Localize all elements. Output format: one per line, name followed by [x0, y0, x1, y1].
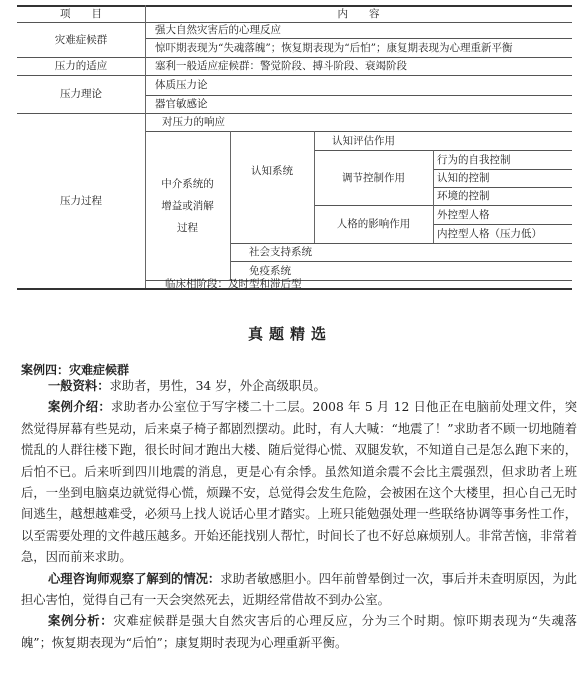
- case-intro-text: 求助者办公室位于写字楼二十二层。2008 年 5 月 12 日他正在电脑前处理文…: [21, 400, 577, 564]
- general-info-text: 求助者，男性，34 岁，外企高级职员。: [110, 379, 326, 393]
- regulation-item: 行为的自我控制: [437, 150, 511, 169]
- adaptation-item: 塞利一般适应症候群：警觉阶段、搏斗阶段、衰竭阶段: [155, 57, 407, 75]
- personality-item: 外控型人格: [437, 205, 490, 224]
- disaster-item: 强大自然灾害后的心理反应: [155, 22, 281, 38]
- theory-item: 器官敏感论: [155, 95, 208, 113]
- section-title: 真题精选: [0, 323, 580, 344]
- general-info-paragraph: 一般资料：求助者，男性，34 岁，外企高级职员。: [21, 376, 577, 397]
- mediating-label-line: 过程: [177, 217, 198, 239]
- case-intro-label: 案例介绍：: [48, 400, 111, 414]
- table-divider: [145, 95, 572, 96]
- case-body: 一般资料：求助者，男性，34 岁，外企高级职员。 案例介绍：求助者办公室位于写字…: [21, 376, 577, 654]
- row-label-theory: 压力理论: [17, 75, 145, 113]
- cognitive-appraisal: 认知评估作用: [332, 131, 395, 150]
- header-item: 项 目: [17, 5, 145, 22]
- theory-item: 体质压力论: [155, 75, 208, 95]
- process-response: 对压力的响应: [162, 113, 225, 131]
- header-content: 内 容: [145, 5, 572, 22]
- observation-label: 心理咨询师观察了解到的情况：: [48, 572, 220, 586]
- general-info-label: 一般资料：: [48, 379, 110, 393]
- mediating-label-line: 中介系统的: [161, 173, 214, 195]
- personality-label: 人格的影响作用: [314, 205, 433, 243]
- mediating-process-label: 中介系统的 增益或消解 过程: [145, 131, 230, 280]
- mediating-label-line: 增益或消解: [161, 195, 214, 217]
- disaster-item: 惊吓期表现为“失魂落魄”；恢复期表现为“后怕”；康复期表现为心理重新平衡: [155, 38, 512, 57]
- clinical-phase: 临床相阶段：及时型和滞后型: [165, 280, 302, 288]
- observation-paragraph: 心理咨询师观察了解到的情况：求助者敏感胆小。四年前曾晕倒过一次，事后并未查明原因…: [21, 569, 577, 612]
- regulation-item: 环境的控制: [437, 187, 490, 205]
- personality-item: 内控型人格（压力低）: [437, 224, 542, 243]
- row-label-adaptation: 压力的适应: [17, 57, 145, 75]
- analysis-label: 案例分析：: [48, 614, 113, 628]
- summary-table: 项 目 内 容 灾难症候群 强大自然灾害后的心理反应 惊吓期表现为“失魂落魄”；…: [17, 5, 572, 288]
- row-label-process: 压力过程: [17, 113, 145, 288]
- social-support-system: 社会支持系统: [249, 243, 312, 261]
- case-intro-paragraph: 案例介绍：求助者办公室位于写字楼二十二层。2008 年 5 月 12 日他正在电…: [21, 397, 577, 568]
- regulation-item: 认知的控制: [437, 169, 490, 187]
- table-col-divider: [433, 150, 434, 243]
- cognitive-system-label: 认知系统: [230, 131, 314, 211]
- regulation-label: 调节控制作用: [314, 150, 433, 205]
- analysis-paragraph: 案例分析：灾难症候群是强大自然灾害后的心理反应，分为三个时期。惊吓期表现为“失魂…: [21, 611, 577, 654]
- row-label-disaster: 灾难症候群: [17, 22, 145, 57]
